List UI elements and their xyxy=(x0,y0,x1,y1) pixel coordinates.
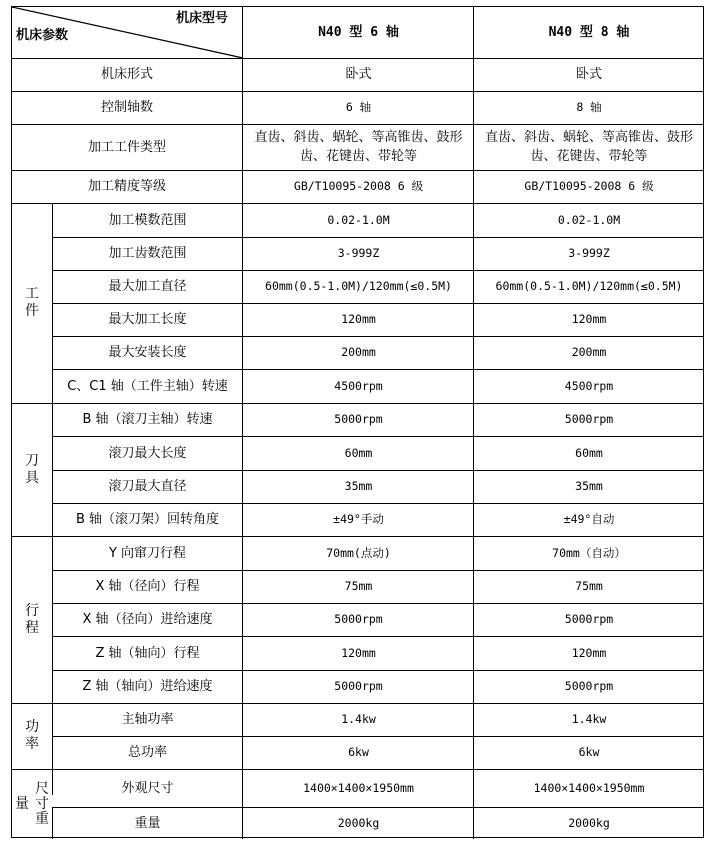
value-6axis: 200mm xyxy=(243,336,474,369)
value-6axis: 1400×1400×1950mm xyxy=(243,769,474,807)
value-8axis: 1400×1400×1950mm xyxy=(474,769,704,807)
value-8axis: 5000rpm xyxy=(474,403,704,436)
value-8axis: 75mm xyxy=(474,570,704,603)
value-8axis: GB/T10095-2008 6 级 xyxy=(474,170,704,203)
param-label: 最大加工长度 xyxy=(53,303,242,336)
param-label: C、C1 轴（工件主轴）转速 xyxy=(53,369,242,403)
value-6axis: 1.4kw xyxy=(243,703,474,736)
group-char: 行 xyxy=(25,603,39,620)
value-6axis: 120mm xyxy=(243,303,474,336)
value-8axis: 1.4kw xyxy=(474,703,704,736)
group-label-tool: 刀具 xyxy=(12,403,52,536)
value-6axis: 35mm xyxy=(243,470,474,503)
value-6axis: 2000kg xyxy=(243,807,474,839)
value-8axis: ±49°自动 xyxy=(474,503,704,536)
value-6axis: 3-999Z xyxy=(243,237,474,270)
value-8axis: 6kw xyxy=(474,736,704,769)
param-label: 加工精度等级 xyxy=(12,170,242,203)
param-label: 滚刀最大长度 xyxy=(53,436,242,470)
value-6axis: 5000rpm xyxy=(243,670,474,703)
group-label-power: 功率 xyxy=(12,703,52,769)
model-header-6axis: N40 型 6 轴 xyxy=(243,7,474,58)
group-char: 功 xyxy=(25,719,39,736)
param-label: 重量 xyxy=(53,807,242,839)
value-8axis: 2000kg xyxy=(474,807,704,839)
param-label: 总功率 xyxy=(53,736,242,769)
value-6axis: 120mm xyxy=(243,636,474,670)
corner-param-label: 机床参数 xyxy=(16,24,96,46)
value-8axis: 70mm（自动） xyxy=(474,536,704,570)
group-label-workpiece: 工件 xyxy=(12,203,52,403)
param-label: 主轴功率 xyxy=(53,703,242,736)
value-8axis: 8 轴 xyxy=(474,91,704,124)
value-8axis: 5000rpm xyxy=(474,603,704,636)
value-6axis: 5000rpm xyxy=(243,603,474,636)
param-label: X 轴（径向）行程 xyxy=(53,570,242,603)
group-char: 具 xyxy=(25,470,39,487)
value-6axis: 4500rpm xyxy=(243,369,474,403)
param-label: 最大加工直径 xyxy=(53,270,242,303)
value-6axis: 直齿、斜齿、蜗轮、等高锥齿、鼓形齿、花键齿、带轮等 xyxy=(243,124,474,170)
value-6axis: 75mm xyxy=(243,570,474,603)
value-6axis: 60mm xyxy=(243,436,474,470)
group-char: 重 xyxy=(35,812,49,827)
group-char: 刀 xyxy=(25,453,39,470)
param-label: 加工工件类型 xyxy=(12,124,242,170)
spec-table: 机床型号 机床参数 N40 型 6 轴 N40 型 8 轴 机床形式卧式卧式控制… xyxy=(11,6,704,838)
value-8axis: 卧式 xyxy=(474,58,704,91)
group-char: 程 xyxy=(25,620,39,637)
corner-model-label: 机床型号 xyxy=(162,7,242,29)
value-8axis: 35mm xyxy=(474,470,704,503)
param-label: Z 轴（轴向）行程 xyxy=(53,636,242,670)
param-label: B 轴（滚刀架）回转角度 xyxy=(53,503,242,536)
group-label-dims-right: 尺寸重 xyxy=(32,779,52,829)
param-label: 加工齿数范围 xyxy=(53,237,242,270)
model-header-8axis: N40 型 8 轴 xyxy=(474,7,704,58)
param-label: B 轴（滚刀主轴）转速 xyxy=(53,403,242,436)
value-8axis: 4500rpm xyxy=(474,369,704,403)
group-char: 尺 xyxy=(35,782,49,797)
value-6axis: 0.02-1.0M xyxy=(243,203,474,237)
value-8axis: 0.02-1.0M xyxy=(474,203,704,237)
value-6axis: 5000rpm xyxy=(243,403,474,436)
param-label: 加工模数范围 xyxy=(53,203,242,237)
group-char: 件 xyxy=(25,303,39,320)
group-char: 工 xyxy=(25,286,39,303)
param-label: 最大安装长度 xyxy=(53,336,242,369)
param-label: 滚刀最大直径 xyxy=(53,470,242,503)
value-6axis: 60mm(0.5-1.0M)/120mm(≤0.5M) xyxy=(243,270,474,303)
value-8axis: 3-999Z xyxy=(474,237,704,270)
value-8axis: 200mm xyxy=(474,336,704,369)
value-8axis: 直齿、斜齿、蜗轮、等高锥齿、鼓形齿、花键齿、带轮等 xyxy=(474,124,704,170)
param-label: Y 向窜刀行程 xyxy=(53,536,242,570)
group-label-travel: 行程 xyxy=(12,536,52,703)
group-char: 率 xyxy=(25,736,39,753)
param-label: 控制轴数 xyxy=(12,91,242,124)
value-8axis: 5000rpm xyxy=(474,670,704,703)
value-6axis: 70mm(点动) xyxy=(243,536,474,570)
value-6axis: GB/T10095-2008 6 级 xyxy=(243,170,474,203)
value-6axis: 6kw xyxy=(243,736,474,769)
param-label: 机床形式 xyxy=(12,58,242,91)
group-label-dims-left: 量 xyxy=(12,769,32,839)
value-8axis: 120mm xyxy=(474,636,704,670)
value-8axis: 120mm xyxy=(474,303,704,336)
param-label: 外观尺寸 xyxy=(53,769,242,807)
value-6axis: 6 轴 xyxy=(243,91,474,124)
value-8axis: 60mm(0.5-1.0M)/120mm(≤0.5M) xyxy=(474,270,704,303)
group-char: 寸 xyxy=(35,797,49,812)
param-label: X 轴（径向）进给速度 xyxy=(53,603,242,636)
value-6axis: ±49°手动 xyxy=(243,503,474,536)
param-label: Z 轴（轴向）进给速度 xyxy=(53,670,242,703)
value-8axis: 60mm xyxy=(474,436,704,470)
value-6axis: 卧式 xyxy=(243,58,474,91)
